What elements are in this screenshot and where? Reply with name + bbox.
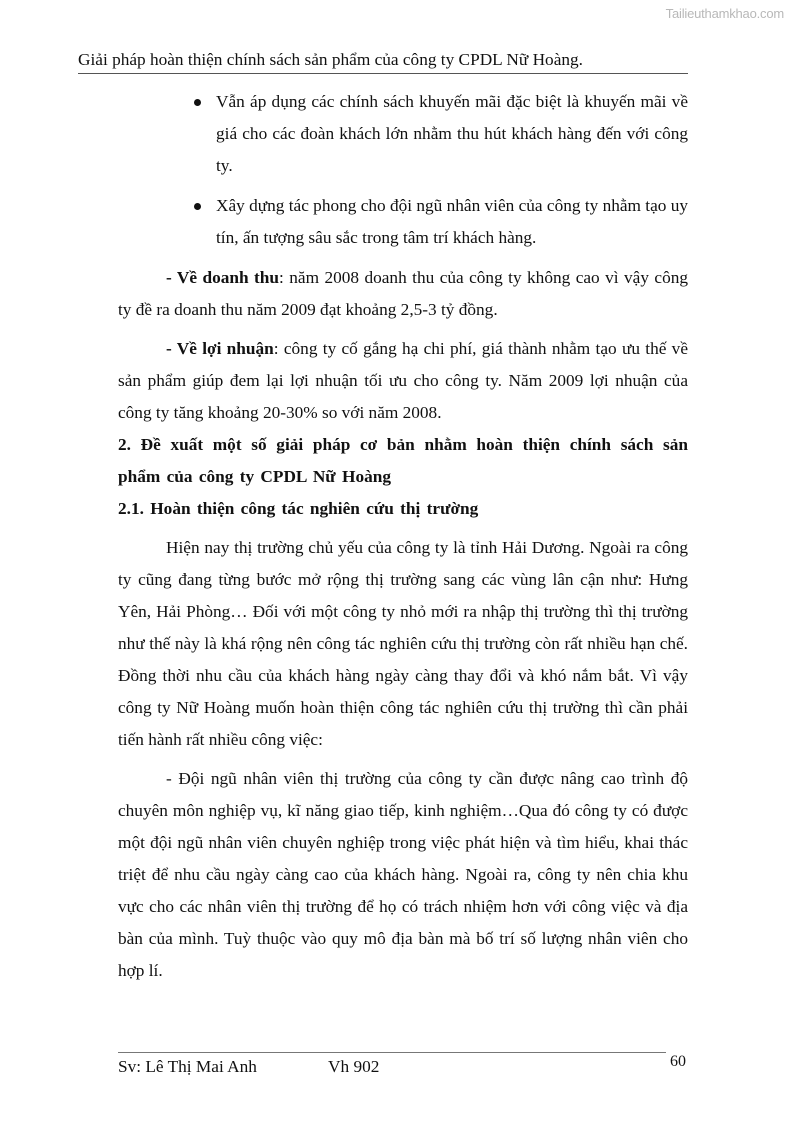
bullet-list: Vẫn áp dụng các chính sách khuyến mãi đặ… [118,86,688,254]
bullet-item: Vẫn áp dụng các chính sách khuyến mãi đặ… [118,86,688,182]
revenue-paragraph: - Về doanh thu: năm 2008 doanh thu của c… [118,262,688,326]
bullet-item: Xây dựng tác phong cho đội ngũ nhân viên… [118,190,688,254]
page-number: 60 [670,1053,686,1071]
class-code: Vh 902 [328,1057,379,1076]
watermark: Tailieuthamkhao.com [666,6,784,21]
staff-paragraph: - Đội ngũ nhân viên thị trường của công … [118,763,688,987]
section-2-1-heading: 2.1. Hoàn thiện công tác nghiên cứu thị … [118,493,688,525]
market-research-paragraph: Hiện nay thị trường chủ yếu của công ty … [118,532,688,756]
bullet-icon [194,99,201,106]
page-footer: Sv: Lê Thị Mai AnhVh 902 [118,1052,666,1078]
running-header: Giải pháp hoàn thiện chính sách sản phẩm… [78,50,688,74]
bullet-text: Vẫn áp dụng các chính sách khuyến mãi đặ… [216,92,688,175]
section-2-heading: 2. Đề xuất một số giải pháp cơ bản nhằm … [118,429,688,493]
bullet-icon [194,203,201,210]
profit-label: - Về lợi nhuận [166,339,274,358]
profit-paragraph: - Về lợi nhuận: công ty cố gắng hạ chi p… [118,333,688,429]
bullet-text: Xây dựng tác phong cho đội ngũ nhân viên… [216,196,688,247]
revenue-label: - Về doanh thu [166,268,279,287]
page-body: Vẫn áp dụng các chính sách khuyến mãi đặ… [118,86,688,987]
student-name: Sv: Lê Thị Mai Anh [118,1056,328,1078]
